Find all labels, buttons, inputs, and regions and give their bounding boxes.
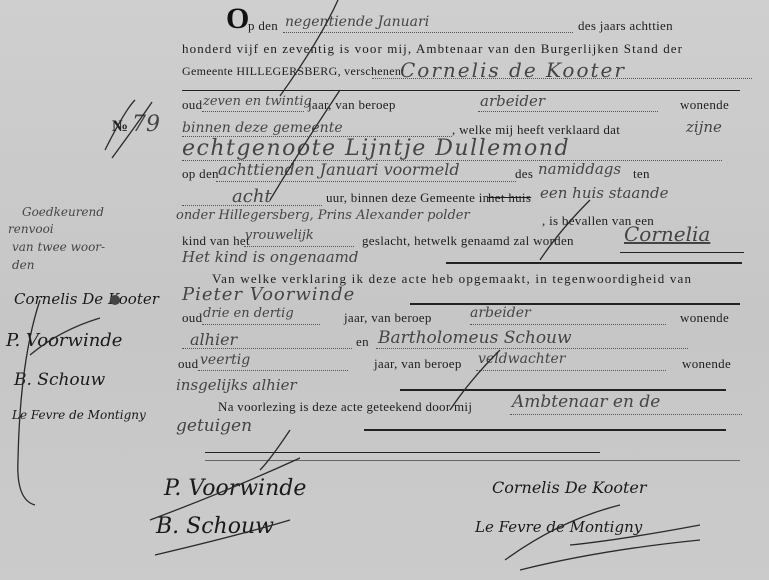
line11-hw: Het kind is ongenaamd: [182, 248, 358, 266]
line10-mid: geslacht, hetwelk genaamd zal worden: [362, 233, 574, 249]
line1-fill: [283, 32, 573, 33]
line1-suffix: des jaars achttien: [578, 18, 673, 34]
line1-date: negentiende Januari: [285, 14, 429, 30]
witness2-name: Bartholomeus Schouw: [378, 328, 572, 348]
line16-suffix: wonende: [682, 356, 731, 372]
line5-hw: zijne: [686, 118, 722, 136]
child-name: Cornelia: [624, 222, 710, 246]
line8-struck: het huis: [488, 190, 531, 206]
margin-signature-2: P. Voorwinde: [6, 330, 122, 351]
rule-19: [364, 429, 726, 431]
rule-17: [400, 389, 726, 391]
margin-signature-4: Le Fevre de Montigny: [12, 408, 146, 422]
witness2-occupation: veldwachter: [478, 351, 565, 367]
witness1-residence: alhier: [190, 330, 237, 349]
signature-de-kooter: Cornelis De Kooter: [492, 478, 647, 497]
act-number-label: №: [112, 118, 128, 136]
line4-suffix: wonende: [680, 97, 729, 113]
declarant-name: Cornelis de Kooter: [400, 58, 626, 82]
witness1-occupation: arbeider: [470, 305, 531, 321]
act-number: 79: [132, 112, 160, 137]
line16-mid: jaar, van beroep: [374, 356, 462, 372]
signature-le-fevre: Le Fevre de Montigny: [475, 518, 642, 536]
line18-fill: [510, 414, 742, 415]
rule-21: [205, 460, 740, 461]
line15-and: en: [356, 334, 369, 350]
witness2-residence: insgelijks alhier: [176, 376, 297, 394]
birth-time-of-day: namiddags: [538, 160, 621, 178]
declarant-age: zeven en twintig: [203, 94, 312, 109]
witness2-age: veertig: [200, 352, 250, 368]
birth-hour: acht: [232, 186, 272, 207]
witness1-age: drie en dertig: [203, 306, 294, 321]
line10-fill: [244, 246, 354, 247]
child-sex: vrouwelijk: [245, 228, 314, 243]
mother-name: echtgenoote Lijntje Dullemond: [182, 136, 570, 161]
line7-mid: des: [515, 166, 533, 182]
margin-note-3: van twee woor-: [12, 240, 105, 254]
signature-voorwinde: P. Voorwinde: [164, 476, 306, 501]
signature-schouw: B. Schouw: [156, 514, 274, 539]
rule: [182, 90, 740, 91]
line16-fill-b: [476, 370, 666, 371]
margin-note-1: Goedkeurend: [22, 205, 104, 219]
line19-hw: getuigen: [176, 416, 252, 436]
line14-fill-b: [470, 324, 666, 325]
line10-prefix: kind van het: [182, 233, 250, 249]
line14-fill-a: [202, 324, 320, 325]
declarant-residence: binnen deze gemeente: [182, 120, 343, 136]
birth-location-b: onder Hillegersberg, Prins Alexander pol…: [176, 208, 470, 223]
line18-prefix: Na voorlezing is deze acte geteekend doo…: [218, 399, 472, 415]
birth-certificate-page: O p den negentiende Januari des jaars ac…: [0, 0, 769, 580]
line15-fill-a: [182, 348, 352, 349]
margin-signature-1: Cornelis De Kooter: [14, 290, 159, 308]
line4-fill-b: [478, 111, 658, 112]
line3-prefix: Gemeente HILLEGERSBERG, verschenen:: [182, 64, 405, 79]
line18-hw: Ambtenaar en de: [512, 392, 660, 412]
initial-letter-o: O: [226, 2, 249, 36]
birth-location-a: een huis staande: [540, 184, 669, 202]
rule-13: [410, 303, 740, 305]
declarant-occupation: arbeider: [480, 92, 545, 110]
line7-fill: [216, 181, 516, 182]
line1-prefix: p den: [248, 18, 278, 34]
line8-mid: uur, binnen deze Gemeente in: [326, 190, 489, 206]
line14-mid: jaar, van beroep: [344, 310, 432, 326]
line14-suffix: wonende: [680, 310, 729, 326]
line4-fill-a: [202, 111, 304, 112]
line4-mid: jaar, van beroep: [308, 97, 396, 113]
margin-note-4: den: [12, 258, 35, 272]
rule-20: [205, 452, 600, 453]
line4-prefix: oud: [182, 97, 202, 113]
line8-fill: [182, 205, 322, 206]
line7-suffix: ten: [633, 166, 650, 182]
line16-fill-a: [198, 370, 348, 371]
line16-prefix: oud: [178, 356, 198, 372]
line14-prefix: oud: [182, 310, 202, 326]
margin-note-2: renvooi: [8, 222, 54, 236]
rule-11: [446, 262, 742, 264]
margin-signature-3: B. Schouw: [14, 370, 105, 390]
child-name-underline: [620, 252, 744, 253]
birth-date: achttienden Januari voormeld: [218, 160, 460, 179]
witness1-name: Pieter Voorwinde: [182, 284, 355, 305]
line15-fill-b: [376, 348, 688, 349]
line2: honderd vijf en zeventig is voor mij, Am…: [182, 41, 683, 57]
line7-prefix: op den: [182, 166, 219, 182]
